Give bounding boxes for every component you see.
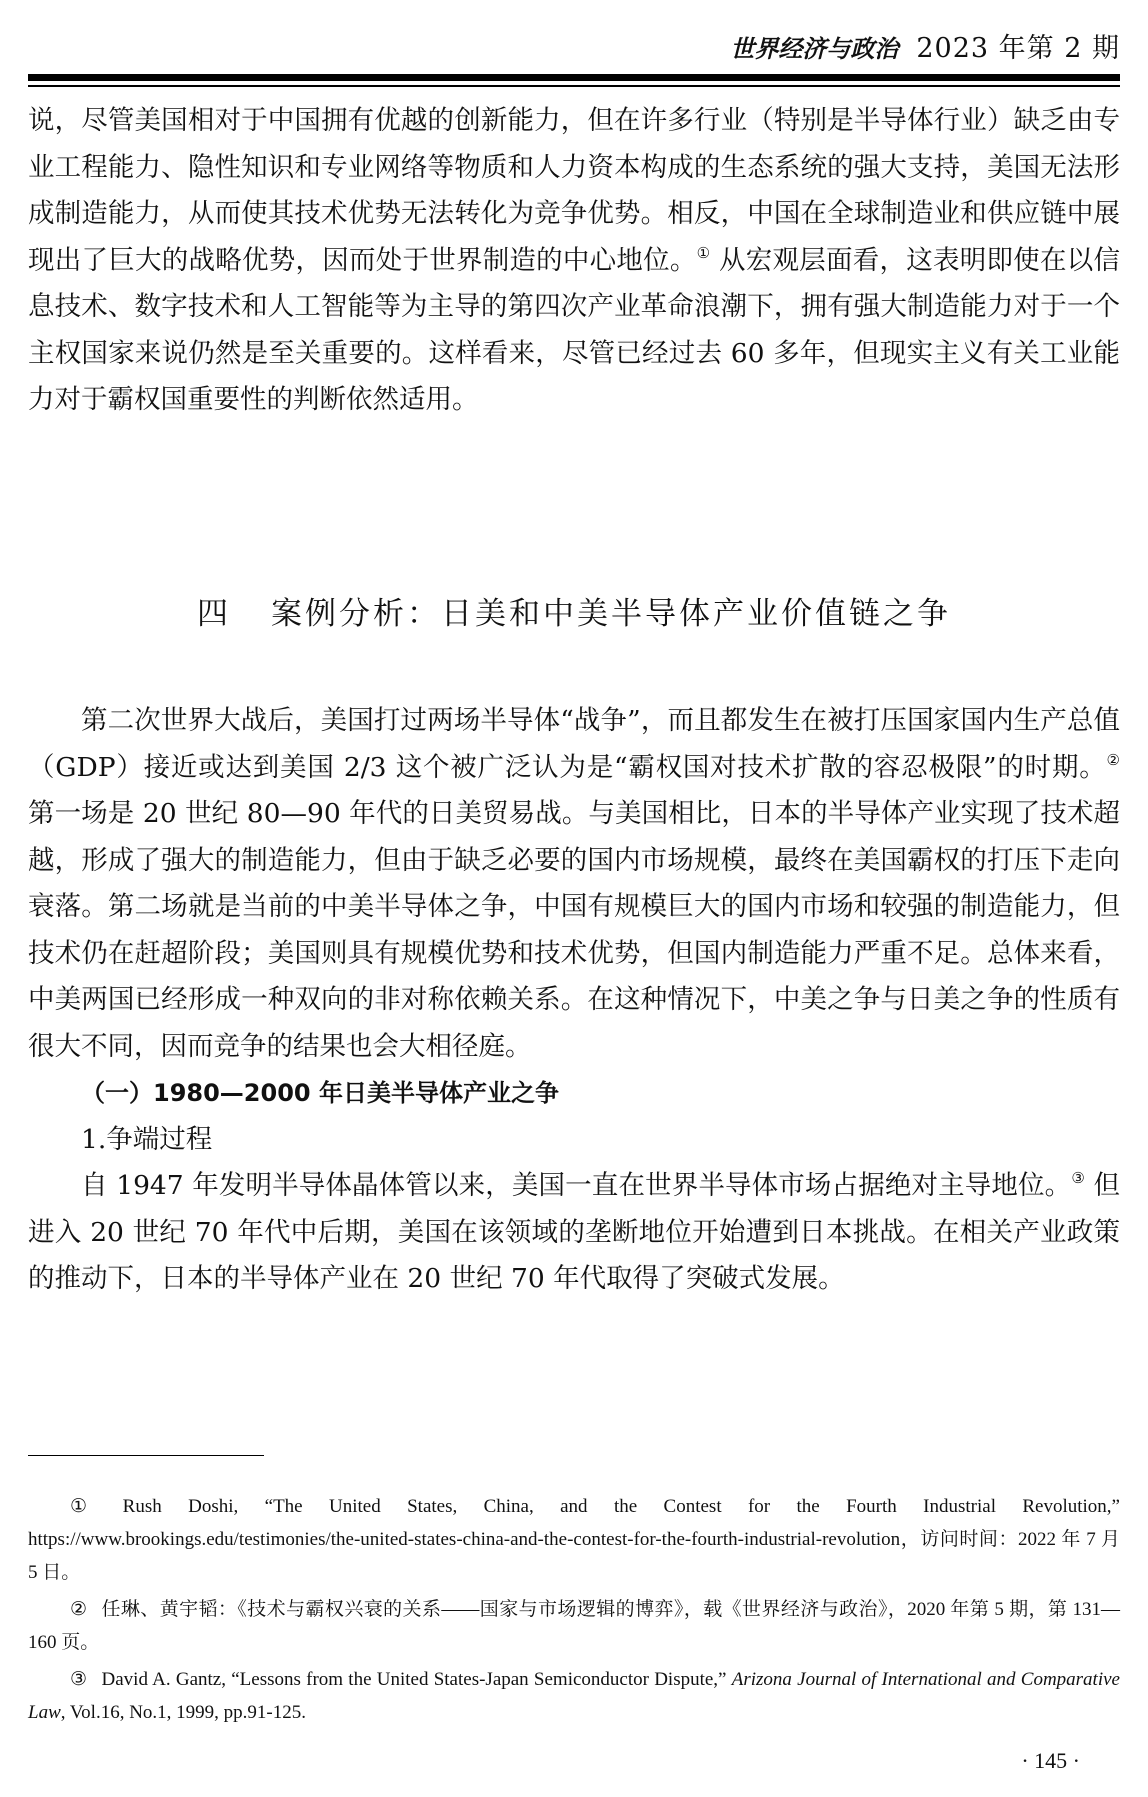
footnote-mark: ③ bbox=[70, 1669, 88, 1690]
header-rule-thick bbox=[28, 74, 1120, 81]
footnote-mark: ① bbox=[70, 1496, 109, 1517]
section-number: 四 bbox=[197, 596, 231, 632]
footnote-ref-2[interactable]: ② bbox=[1107, 751, 1120, 769]
journal-name: 世界经济与政治 bbox=[730, 34, 898, 63]
issue-label: 2023 年第 2 期 bbox=[916, 33, 1120, 64]
section-heading: 四案例分析：日美和中美半导体产业价值链之争 bbox=[0, 588, 1148, 633]
footnote-text: David A. Gantz, “Lessons from the United… bbox=[102, 1669, 732, 1690]
paragraph-3: 自 1947 年发明半导体晶体管以来，美国一直在世界半导体市场占据绝对主导地位。… bbox=[28, 1163, 1120, 1303]
footnote-2: ②任琳、黄宇韬：《技术与霸权兴衰的关系——国家与市场逻辑的博弈》，载《世界经济与… bbox=[28, 1593, 1120, 1659]
footnote-ref-1[interactable]: ① bbox=[697, 244, 711, 262]
paragraph-1: 说，尽管美国相对于中国拥有优越的创新能力，但在许多行业（特别是半导体行业）缺乏由… bbox=[28, 98, 1120, 424]
section-body: 第二次世界大战后，美国打过两场半导体“战争”，而且都发生在被打压国家国内生产总值… bbox=[28, 698, 1120, 1303]
footnote-text: Rush Doshi, “The United States, China, a… bbox=[28, 1496, 1120, 1583]
journal-header: 世界经济与政治2023 年第 2 期 bbox=[730, 26, 1120, 65]
sub-subsection-heading: 1.争端过程 bbox=[28, 1117, 1120, 1164]
footnote-mark: ② bbox=[70, 1599, 87, 1620]
header-rule-thin bbox=[28, 85, 1120, 87]
footnote-separator bbox=[28, 1455, 264, 1456]
footnote-1: ①Rush Doshi, “The United States, China, … bbox=[28, 1490, 1120, 1589]
subsection-heading: （一）1980—2000 年日美半导体产业之争 bbox=[28, 1070, 1120, 1117]
section-title: 案例分析：日美和中美半导体产业价值链之争 bbox=[271, 596, 951, 632]
footnote-text: , Vol.16, No.1, 1999, pp.91-125. bbox=[61, 1702, 306, 1723]
footnote-ref-3[interactable]: ③ bbox=[1071, 1169, 1085, 1187]
footnote-text: 任琳、黄宇韬：《技术与霸权兴衰的关系——国家与市场逻辑的博弈》，载《世界经济与政… bbox=[28, 1599, 1120, 1653]
page-header: 世界经济与政治2023 年第 2 期 bbox=[28, 18, 1120, 78]
page-number: · 145 · bbox=[1021, 1748, 1080, 1774]
paragraph-text: 第一场是 20 世纪 80—90 年代的日美贸易战。与美国相比，日本的半导体产业… bbox=[28, 798, 1120, 1062]
paragraph-text: 自 1947 年发明半导体晶体管以来，美国一直在世界半导体市场占据绝对主导地位。 bbox=[81, 1170, 1071, 1201]
footnotes: ①Rush Doshi, “The United States, China, … bbox=[28, 1490, 1120, 1733]
footnote-3: ③David A. Gantz, “Lessons from the Unite… bbox=[28, 1663, 1120, 1729]
paragraph-2: 第二次世界大战后，美国打过两场半导体“战争”，而且都发生在被打压国家国内生产总值… bbox=[28, 698, 1120, 1070]
paragraph-text: 第二次世界大战后，美国打过两场半导体“战争”，而且都发生在被打压国家国内生产总值… bbox=[28, 705, 1120, 783]
